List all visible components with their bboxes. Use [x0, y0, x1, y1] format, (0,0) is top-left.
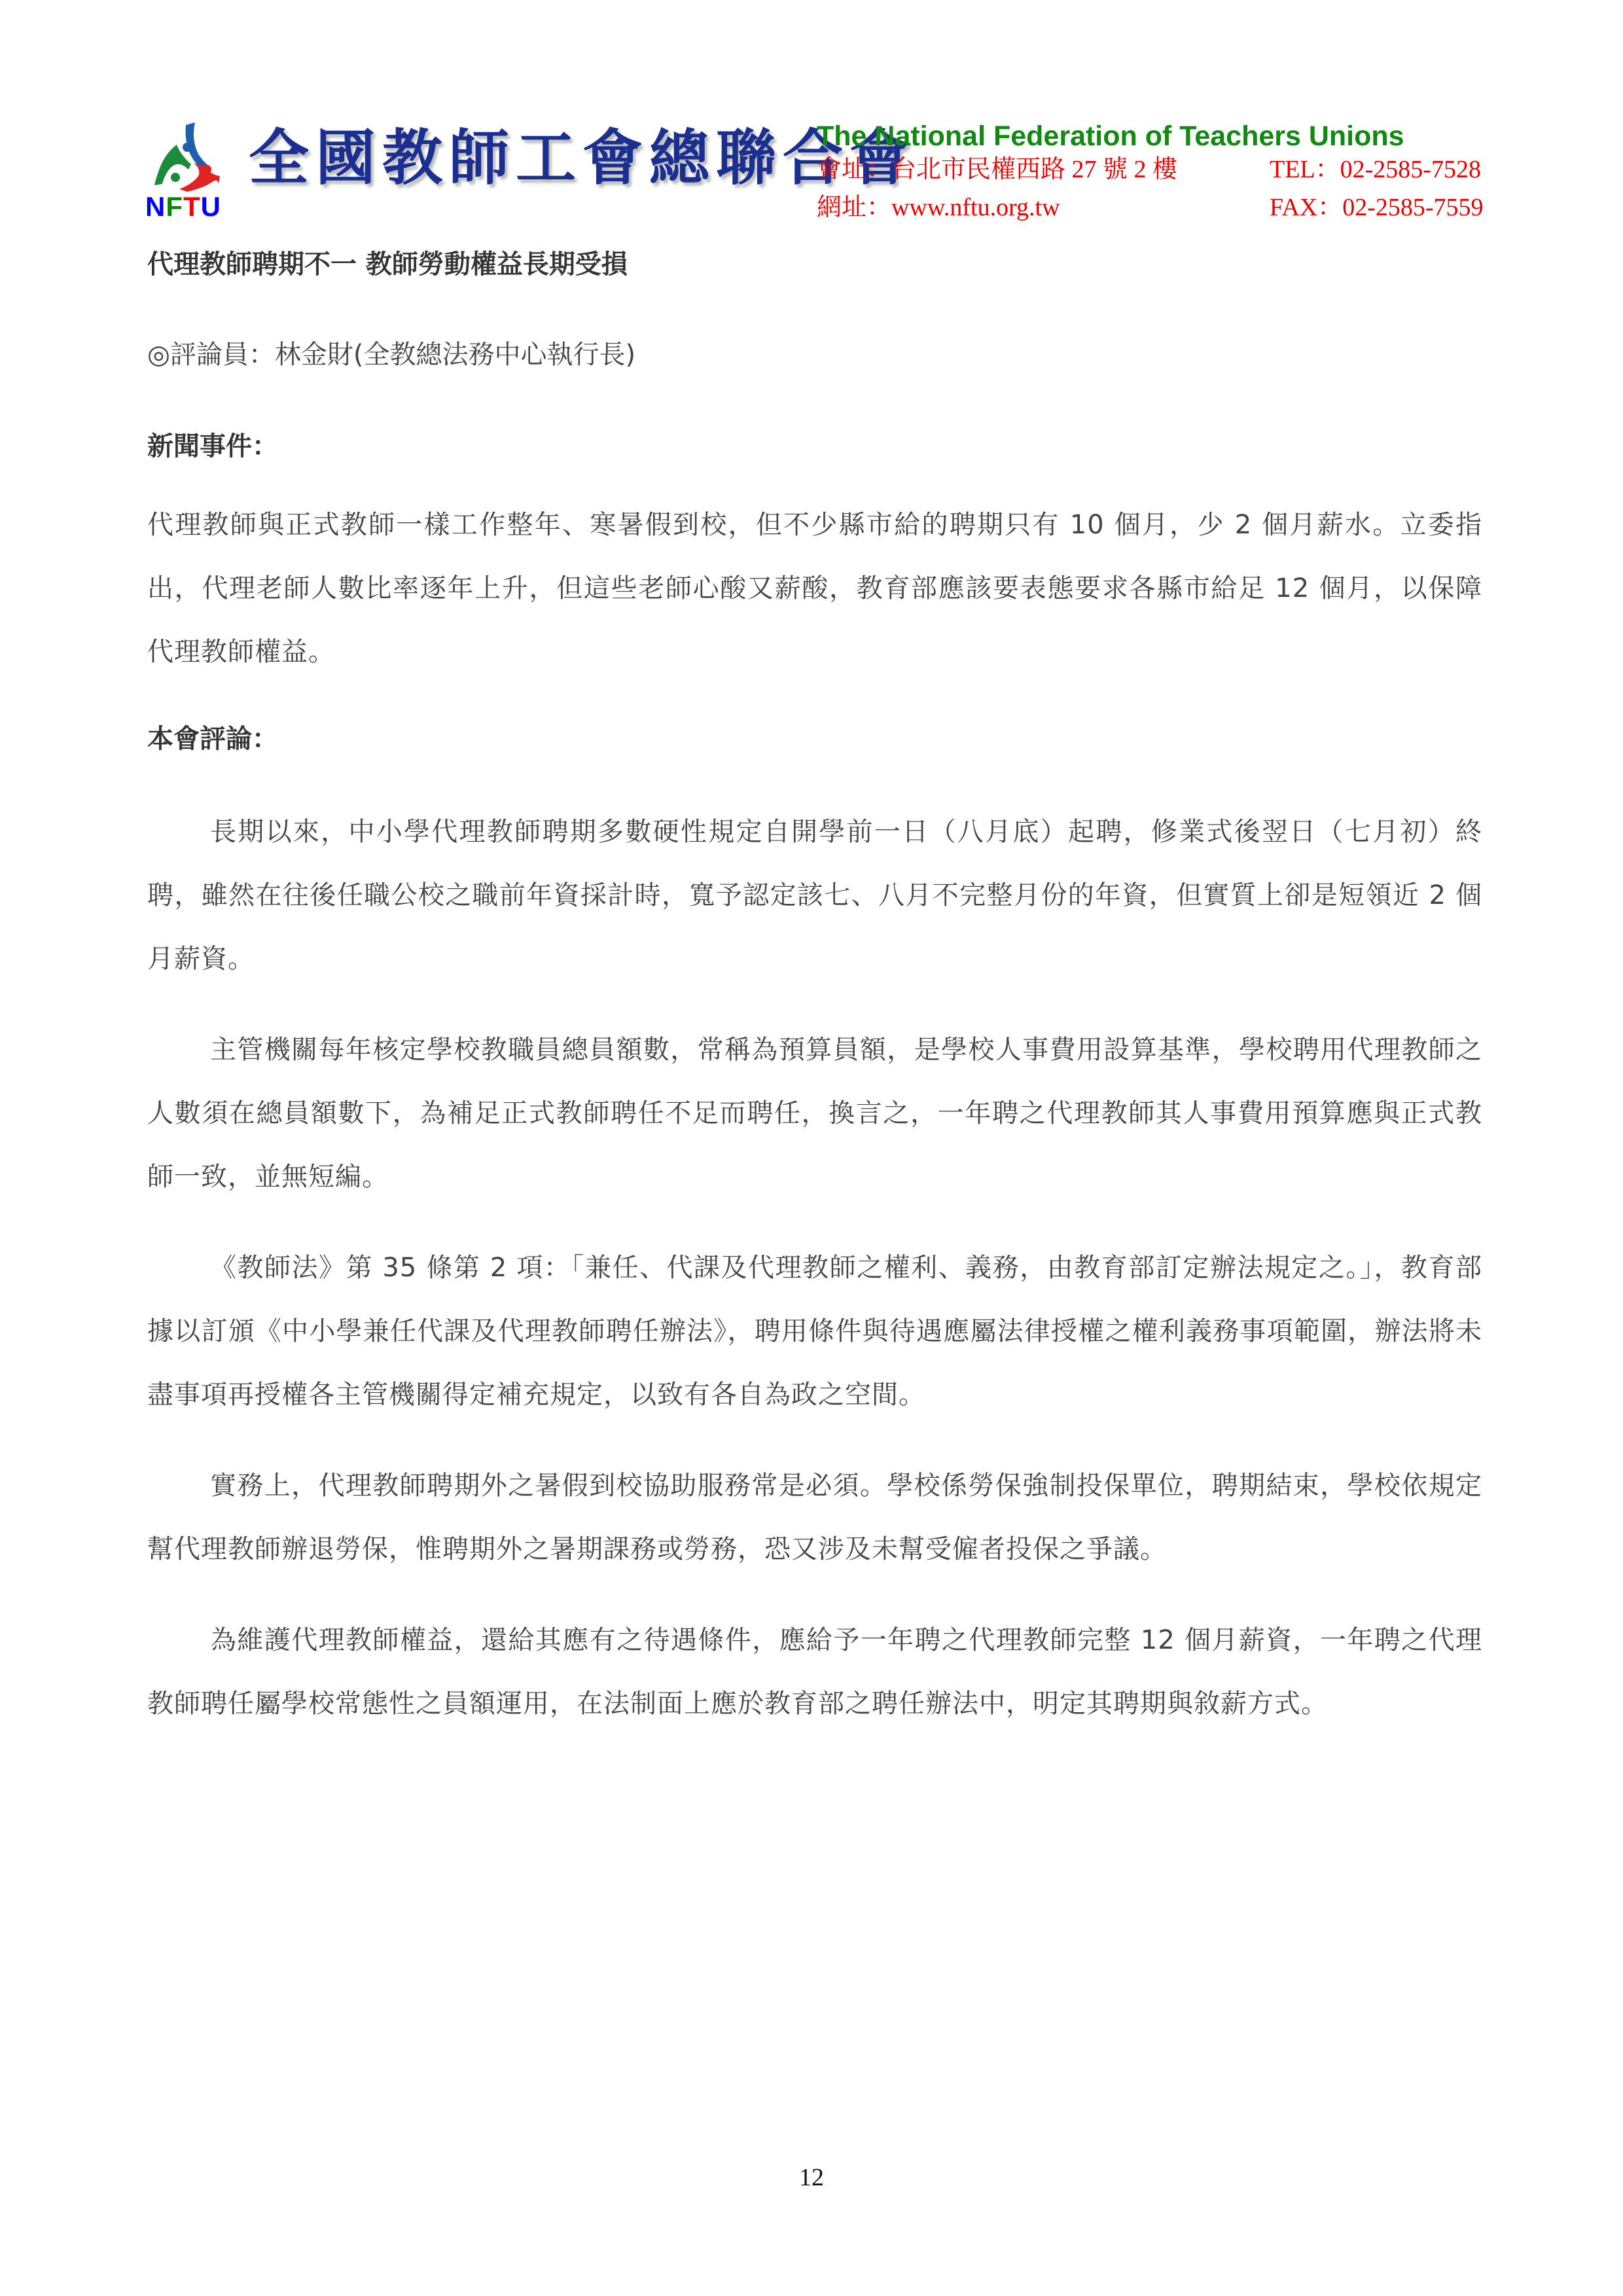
acronym-t: T [183, 191, 201, 222]
comment-paragraph-2: 主管機關每年核定學校教職員總員額數，常稱為預算員額，是學校人事費用設算基準，學校… [147, 1018, 1482, 1209]
address-text: 會址：台北市民權西路 27 號 2 樓 [817, 157, 1177, 182]
comment-paragraph-1: 長期以來，中小學代理教師聘期多數硬性規定自開學前一日（八月底）起聘，修業式後翌日… [147, 800, 1482, 991]
page-number: 12 [0, 2163, 1623, 2192]
news-paragraph: 代理教師與正式教師一樣工作整年、寒暑假到校，但不少縣市給的聘期只有 10 個月，… [147, 493, 1482, 684]
comment-paragraph-4: 實務上，代理教師聘期外之暑假到校協助服務常是必須。學校係勞保強制投保單位，聘期結… [147, 1454, 1482, 1581]
website-text: 網址：www.nftu.org.tw [817, 195, 1060, 220]
nftu-acronym: NFTU [145, 193, 221, 221]
comment-paragraph-3: 《教師法》第 35 條第 2 項：「兼任、代課及代理教師之權利、義務，由教育部訂… [147, 1236, 1482, 1427]
fax-text: FAX：02-2585-7559 [1270, 195, 1484, 220]
comment-heading: 本會評論： [147, 723, 1482, 755]
letterhead: NFTU 全國教師工會總聯合會 The National Federation … [0, 0, 1623, 236]
telephone-text: TEL：02-2585-7528 [1270, 157, 1481, 182]
commentator-line: ◎評論員：林金財(全教總法務中心執行長) [147, 339, 1482, 370]
comment-paragraph-5: 為維護代理教師權益，還給其應有之待遇條件，應給予一年聘之代理教師完整 12 個月… [147, 1609, 1482, 1736]
article-body: 代理教師聘期不一 教師勞動權益長期受損 ◎評論員：林金財(全教總法務中心執行長)… [147, 242, 1482, 1736]
brand-name-chinese: 全國教師工會總聯合會 [249, 128, 916, 188]
acronym-u: U [201, 191, 221, 222]
organization-name-english: The National Federation of Teachers Unio… [817, 122, 1404, 151]
acronym-f: F [166, 191, 183, 222]
news-heading: 新聞事件： [147, 431, 1482, 462]
article-title: 代理教師聘期不一 教師勞動權益長期受損 [147, 249, 1482, 280]
acronym-n: N [145, 191, 166, 222]
